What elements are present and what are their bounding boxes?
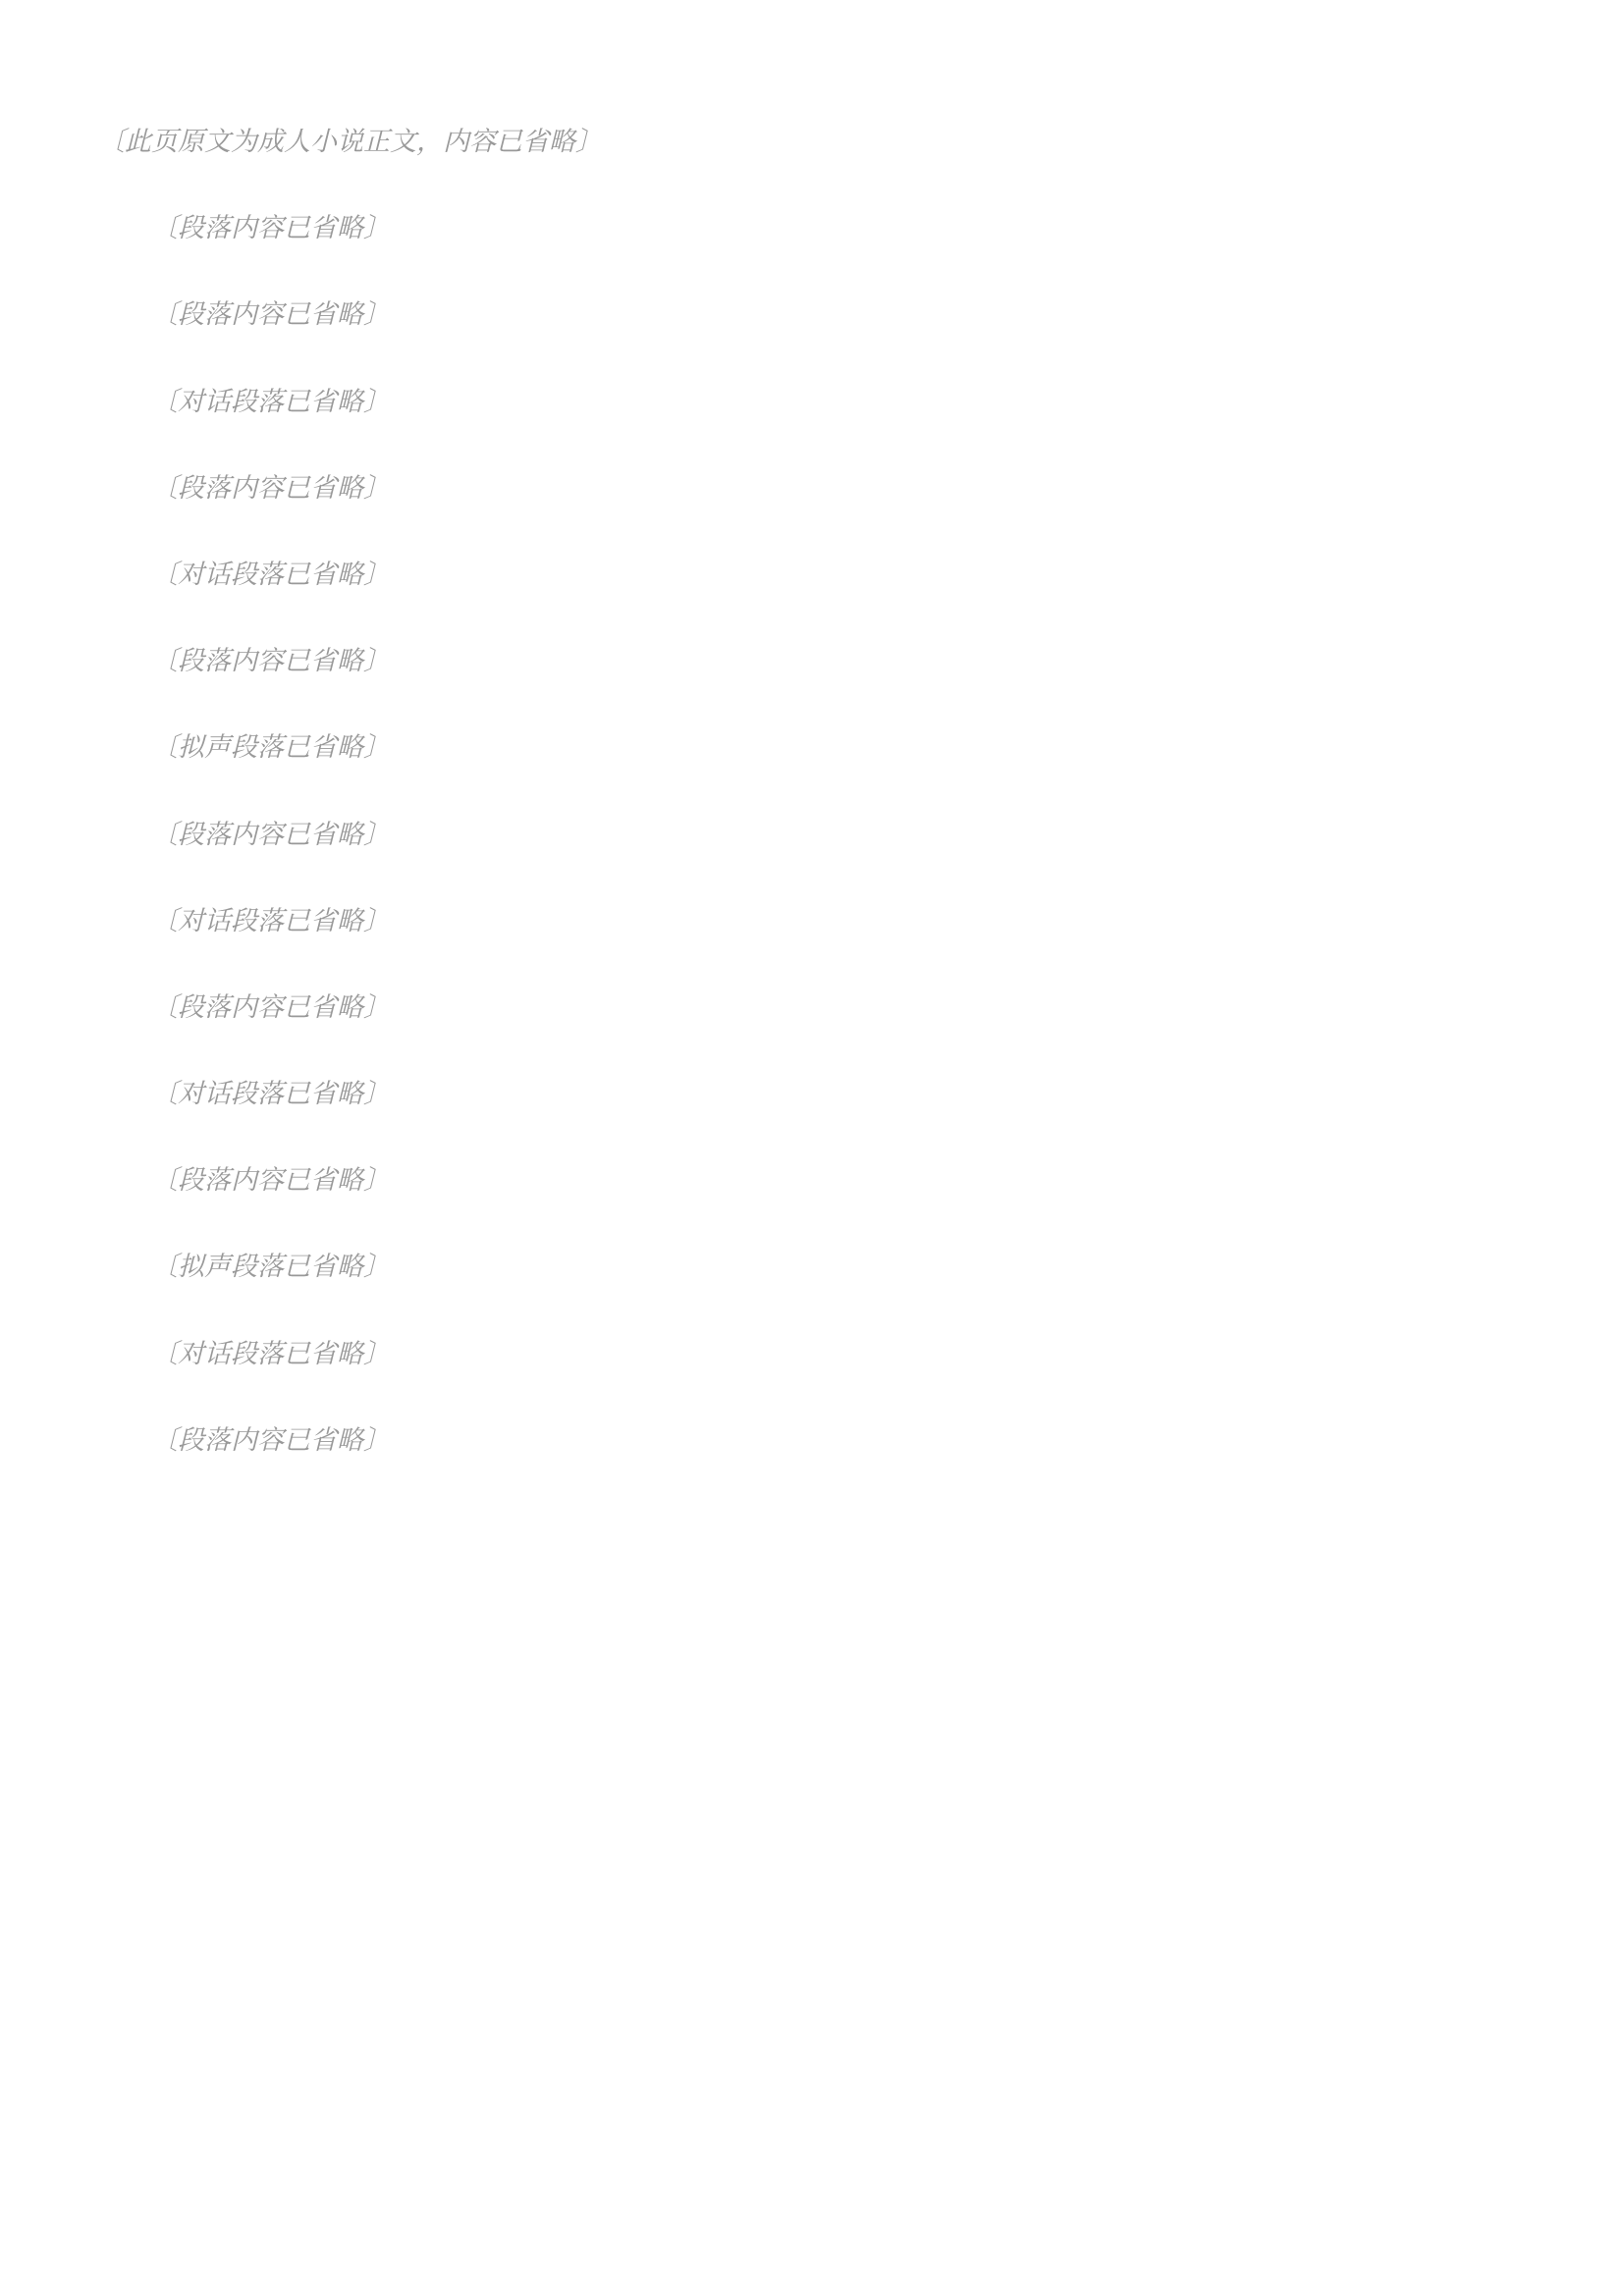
document-page: 〔此页原文为成人小说正文，内容已省略〕〔段落内容已省略〕〔段落内容已省略〕〔对话…: [0, 0, 1624, 2296]
paragraph: 〔段落内容已省略〕: [98, 194, 1526, 263]
paragraph: 〔对话段落已省略〕: [98, 1320, 1526, 1389]
paragraph: 〔段落内容已省略〕: [98, 801, 1526, 870]
paragraph-container: 〔此页原文为成人小说正文，内容已省略〕〔段落内容已省略〕〔段落内容已省略〕〔对话…: [98, 108, 1526, 1475]
paragraph: 〔此页原文为成人小说正文，内容已省略〕: [98, 108, 1526, 177]
paragraph: 〔段落内容已省略〕: [98, 281, 1526, 349]
paragraph: 〔段落内容已省略〕: [98, 454, 1526, 523]
paragraph: 〔对话段落已省略〕: [98, 368, 1526, 437]
paragraph: 〔段落内容已省略〕: [98, 974, 1526, 1042]
paragraph: 〔拟声段落已省略〕: [98, 714, 1526, 782]
paragraph: 〔拟声段落已省略〕: [98, 1233, 1526, 1302]
paragraph: 〔对话段落已省略〕: [98, 887, 1526, 956]
paragraph: 〔段落内容已省略〕: [98, 1407, 1526, 1475]
paragraph: 〔对话段落已省略〕: [98, 1060, 1526, 1129]
paragraph: 〔对话段落已省略〕: [98, 541, 1526, 610]
paragraph: 〔段落内容已省略〕: [98, 1147, 1526, 1215]
paragraph: 〔段落内容已省略〕: [98, 627, 1526, 696]
